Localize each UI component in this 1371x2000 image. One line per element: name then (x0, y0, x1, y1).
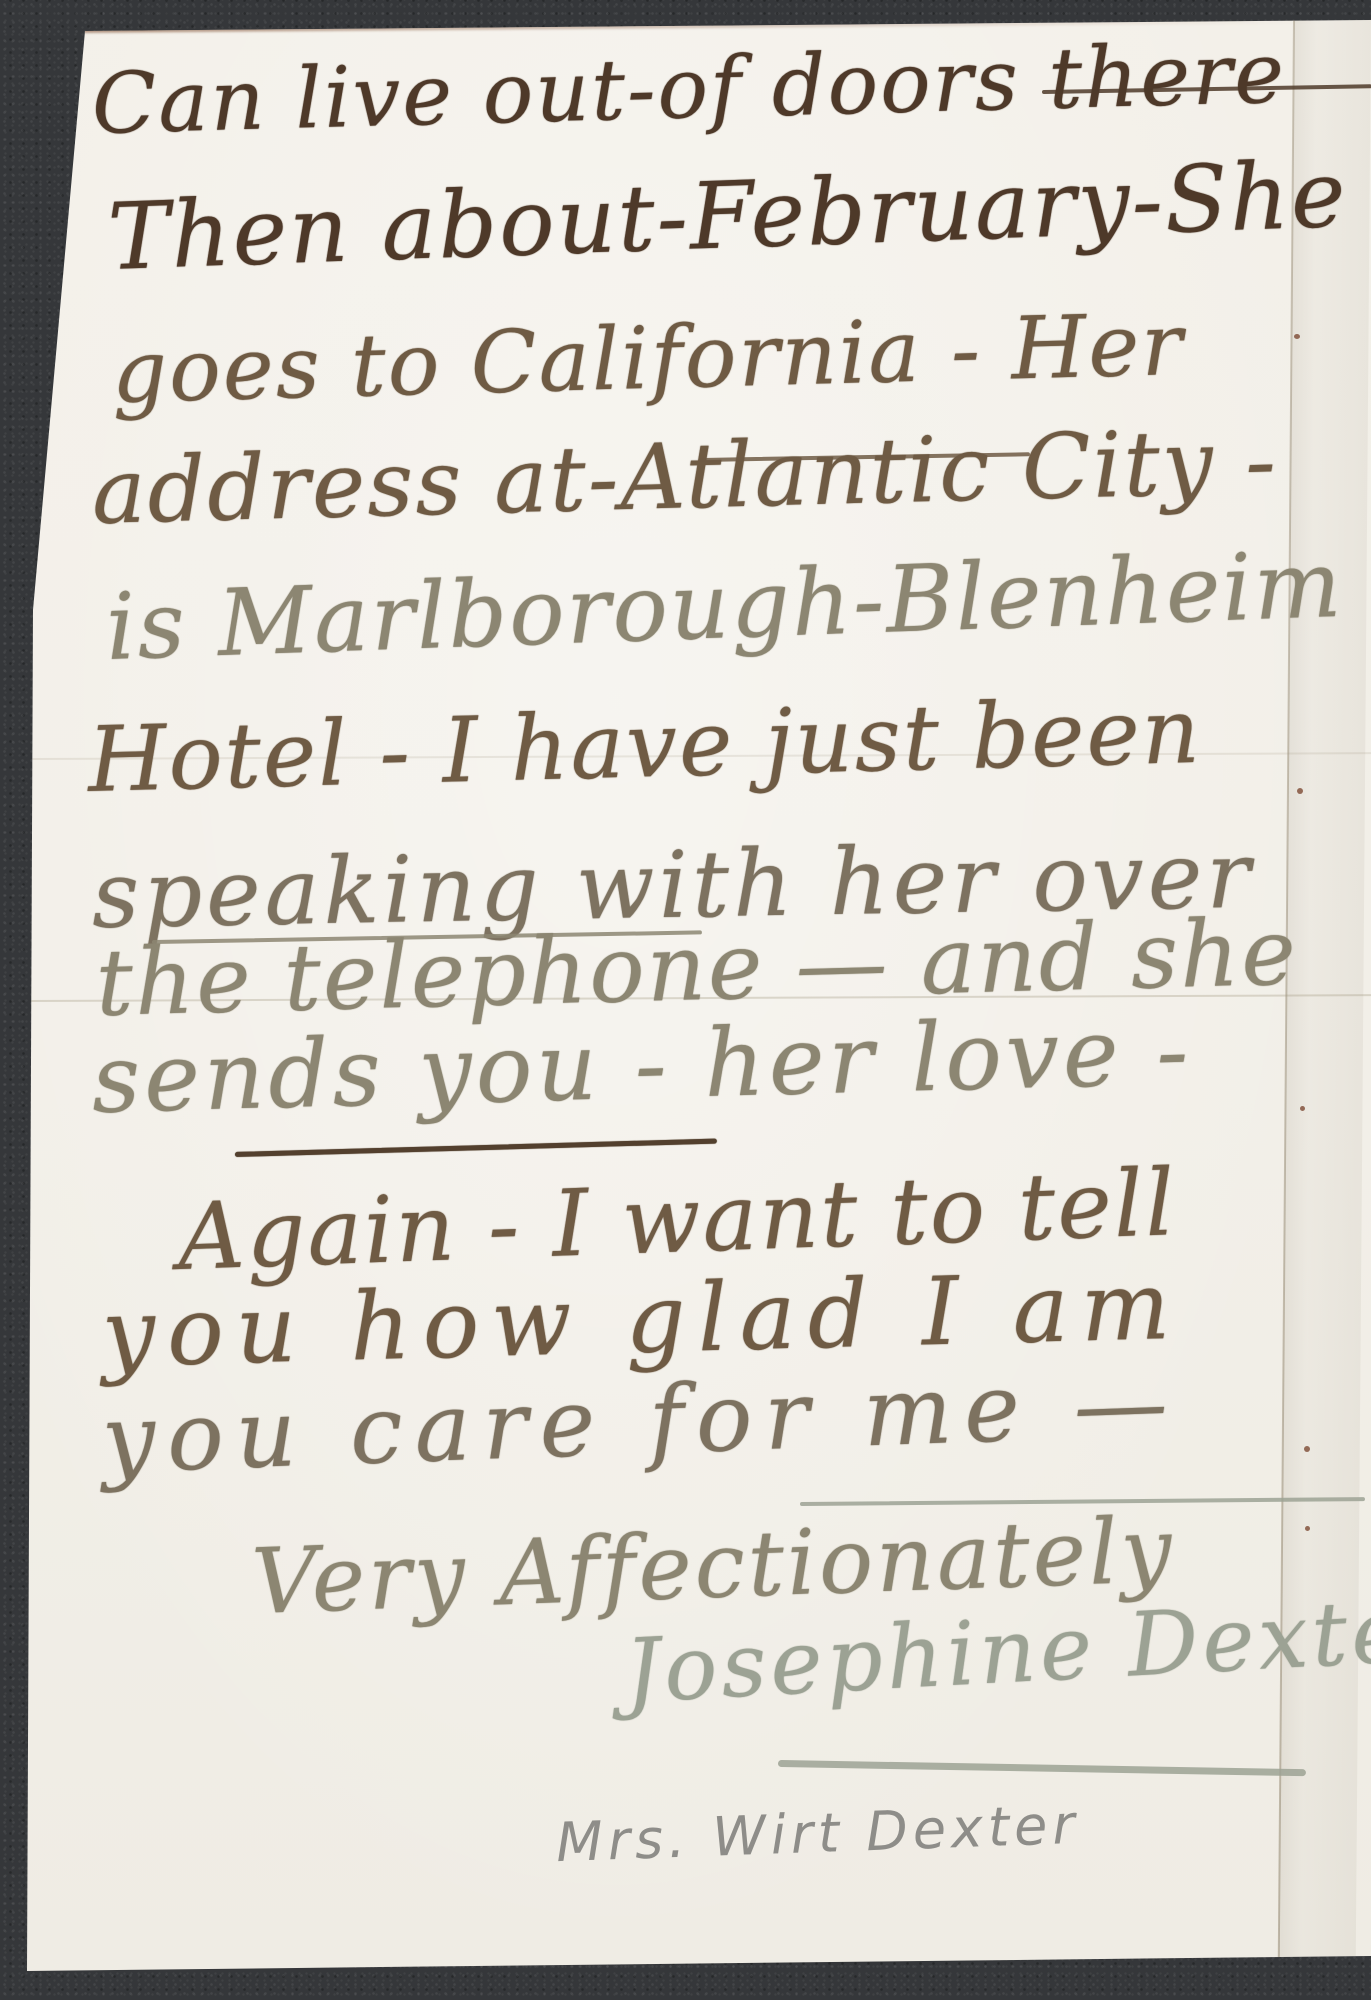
ink-divider-rule (235, 1139, 717, 1157)
letter-line: goes to California - Her (111, 302, 1185, 416)
signature-underline (778, 1760, 1306, 1776)
letter-line: address at-Atlantic City - (91, 417, 1279, 538)
letter-line: Hotel - I have just been (87, 687, 1203, 806)
letter-line: sends you - her love - (91, 1005, 1194, 1128)
fold-stain-spot (1300, 1106, 1305, 1111)
fold-stain-spot (1305, 1526, 1310, 1531)
photo-background: Can live out-of doors there Then about-F… (0, 0, 1371, 2000)
letter-paper: Can live out-of doors there Then about-F… (0, 0, 1371, 2000)
fold-stain-spot (1304, 1446, 1310, 1452)
fold-stain-spot (1294, 334, 1300, 339)
pencil-attribution: Mrs. Wirt Dexter (555, 1793, 1080, 1874)
fold-stain-spot (1297, 788, 1303, 794)
letter-line: is Marlborough-Blenheim (104, 539, 1344, 674)
letter-line: Then about-February-She (106, 149, 1348, 284)
